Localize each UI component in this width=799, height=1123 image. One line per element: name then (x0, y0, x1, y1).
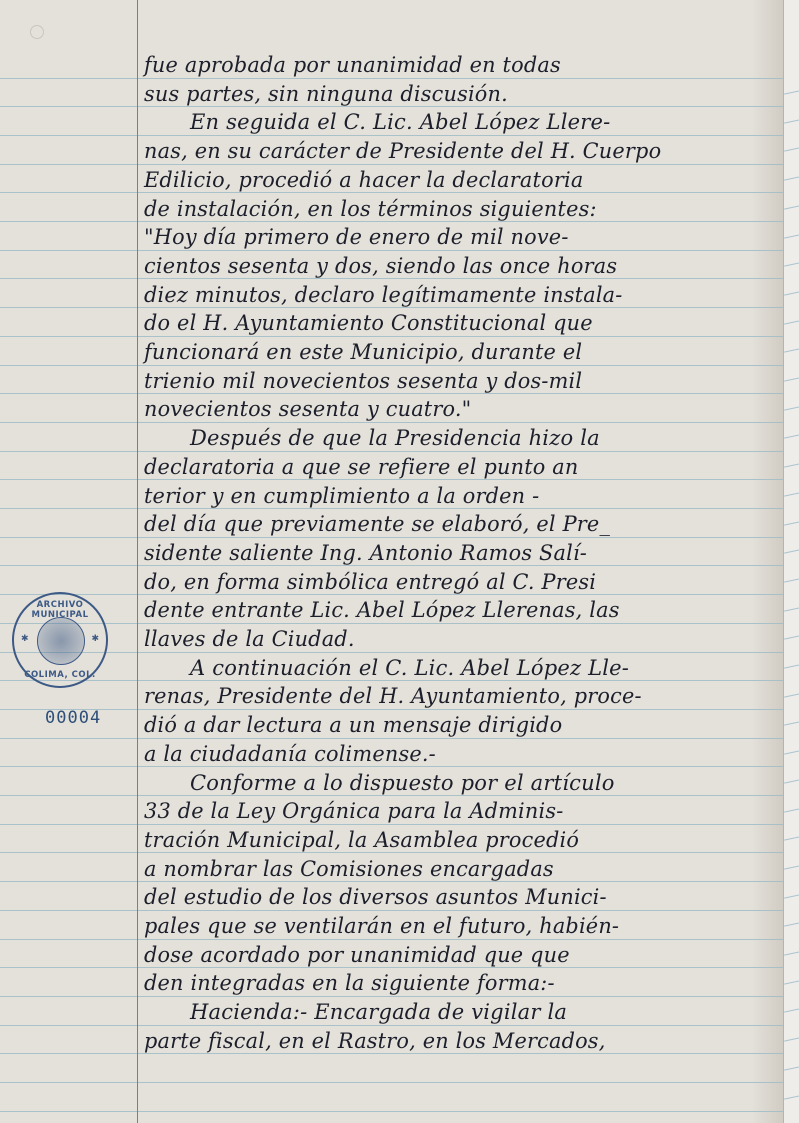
rule-line (0, 852, 783, 853)
rule-line (784, 750, 799, 754)
handwritten-line: trienio mil novecientos sesenta y dos-mi… (144, 371, 774, 392)
rule-line (0, 336, 783, 337)
rule-line (0, 967, 783, 968)
rule-line (0, 307, 783, 308)
handwritten-line: terior y en cumplimiento a la orden - (144, 486, 774, 507)
rule-line (784, 836, 799, 840)
handwritten-line: dente entrante Lic. Abel López Llerenas,… (144, 600, 774, 621)
handwritten-line: do el H. Ayuntamiento Constitucional que (144, 313, 774, 334)
handwritten-line: 33 de la Ley Orgánica para la Adminis- (144, 801, 774, 822)
rule-line (784, 865, 799, 869)
rule-line (0, 881, 783, 882)
handwritten-line: llaves de la Ciudad. (144, 629, 774, 650)
rule-line (784, 1037, 799, 1041)
handwritten-line: diez minutos, declaro legítimamente inst… (144, 285, 774, 306)
handwritten-line: Hacienda:- Encargada de vigilar la (190, 1002, 780, 1023)
handwritten-line: do, en forma simbólica entregó al C. Pre… (144, 572, 774, 593)
rule-line (0, 709, 783, 710)
rule-line (0, 594, 783, 595)
rule-line (784, 406, 799, 410)
rule-line (0, 1025, 783, 1026)
rule-line (784, 291, 799, 295)
handwritten-line: del día que previamente se elaboró, el P… (144, 514, 774, 535)
handwritten-line: dió a dar lectura a un mensaje dirigido (144, 715, 774, 736)
rule-line (0, 680, 783, 681)
rule-line (0, 996, 783, 997)
rule-line (784, 434, 799, 438)
rule-line (0, 422, 783, 423)
rule-line (784, 492, 799, 496)
rule-line (0, 164, 783, 165)
rule-line (784, 521, 799, 525)
rule-line (784, 377, 799, 381)
rule-line (784, 980, 799, 984)
rule-line (784, 176, 799, 180)
handwritten-line: nas, en su carácter de Presidente del H.… (144, 141, 774, 162)
rule-line (784, 262, 799, 266)
handwritten-line: fue aprobada por unanimidad en todas (144, 55, 774, 76)
handwritten-line: Después de que la Presidencia hizo la (190, 428, 780, 449)
rule-line (784, 119, 799, 123)
rule-line (0, 623, 783, 624)
underlying-page-edge (783, 0, 799, 1123)
handwritten-line: dose acordado por unanimidad que que (144, 945, 774, 966)
handwritten-line: a la ciudadanía colimense.- (144, 744, 774, 765)
rule-line (0, 1053, 783, 1054)
rule-line (0, 565, 783, 566)
rule-line (784, 205, 799, 209)
star-icon: ✱ (91, 634, 99, 644)
rule-line (784, 951, 799, 955)
rule-line (0, 824, 783, 825)
rule-line (784, 320, 799, 324)
faint-mark (30, 25, 44, 39)
rule-line (0, 451, 783, 452)
rule-line (0, 393, 783, 394)
rule-line (0, 192, 783, 193)
rule-line (0, 1082, 783, 1083)
archive-stamp: ARCHIVO MUNICIPAL ✱ ✱ COLIMA, COL. (12, 592, 108, 688)
handwritten-line: sidente saliente Ing. Antonio Ramos Salí… (144, 543, 774, 564)
handwritten-line: Edilicio, procedió a hacer la declarator… (144, 170, 774, 191)
handwritten-line: En seguida el C. Lic. Abel López Llere- (190, 112, 780, 133)
rule-line (784, 607, 799, 611)
rule-line (784, 348, 799, 352)
rule-line (784, 463, 799, 467)
rule-line (0, 479, 783, 480)
rule-line (784, 234, 799, 238)
handwritten-line: tración Municipal, la Asamblea procedió (144, 830, 774, 851)
rule-line (784, 549, 799, 553)
handwritten-line: cientos sesenta y dos, siendo las once h… (144, 256, 774, 277)
rule-line (784, 664, 799, 668)
rule-line (784, 1095, 799, 1099)
rule-line (0, 1111, 783, 1112)
rule-line (0, 78, 783, 79)
rule-line (0, 738, 783, 739)
handwritten-line: funcionará en este Municipio, durante el (144, 342, 774, 363)
rule-line (0, 910, 783, 911)
rule-line (784, 90, 799, 94)
handwritten-line: del estudio de los diversos asuntos Muni… (144, 887, 774, 908)
handwritten-line: novecientos sesenta y cuatro." (144, 399, 774, 420)
stamp-seal-icon (37, 617, 85, 665)
stamp-bottom-text: COLIMA, COL. (14, 670, 106, 680)
rule-line (0, 278, 783, 279)
rule-line (0, 365, 783, 366)
rule-line (784, 779, 799, 783)
rule-line (784, 147, 799, 151)
handwritten-line: a nombrar las Comisiones encargadas (144, 859, 774, 880)
handwritten-line: renas, Presidente del H. Ayuntamiento, p… (144, 686, 774, 707)
handwritten-line: "Hoy día primero de enero de mil nove- (144, 227, 774, 248)
folio-number: 00004 (45, 708, 101, 728)
rule-line (784, 693, 799, 697)
rule-line (0, 221, 783, 222)
handwritten-line: pales que se ventilarán en el futuro, ha… (144, 916, 774, 937)
handwritten-line: declaratoria a que se refiere el punto a… (144, 457, 774, 478)
rule-line (0, 106, 783, 107)
margin-line (137, 0, 138, 1123)
rule-line (784, 1066, 799, 1070)
rule-line (784, 578, 799, 582)
rule-line (784, 894, 799, 898)
rule-line (0, 939, 783, 940)
rule-line (0, 537, 783, 538)
rule-line (0, 766, 783, 767)
notebook-page: ARCHIVO MUNICIPAL ✱ ✱ COLIMA, COL. 00004… (0, 0, 783, 1123)
rule-line (784, 721, 799, 725)
rule-line (0, 250, 783, 251)
rule-line (0, 508, 783, 509)
rule-line (784, 808, 799, 812)
star-icon: ✱ (21, 634, 29, 644)
handwritten-line: parte fiscal, en el Rastro, en los Merca… (144, 1031, 774, 1052)
handwritten-line: den integradas en la siguiente forma:- (144, 973, 774, 994)
rule-line (0, 652, 783, 653)
handwritten-line: A continuación el C. Lic. Abel López Lle… (190, 658, 780, 679)
handwritten-line: Conforme a lo dispuesto por el artículo (190, 773, 780, 794)
rule-line (784, 635, 799, 639)
rule-line (0, 795, 783, 796)
rule-line (784, 1008, 799, 1012)
rule-line (0, 135, 783, 136)
handwritten-line: de instalación, en los términos siguient… (144, 199, 774, 220)
rule-line (784, 922, 799, 926)
handwritten-line: sus partes, sin ninguna discusión. (144, 84, 774, 105)
